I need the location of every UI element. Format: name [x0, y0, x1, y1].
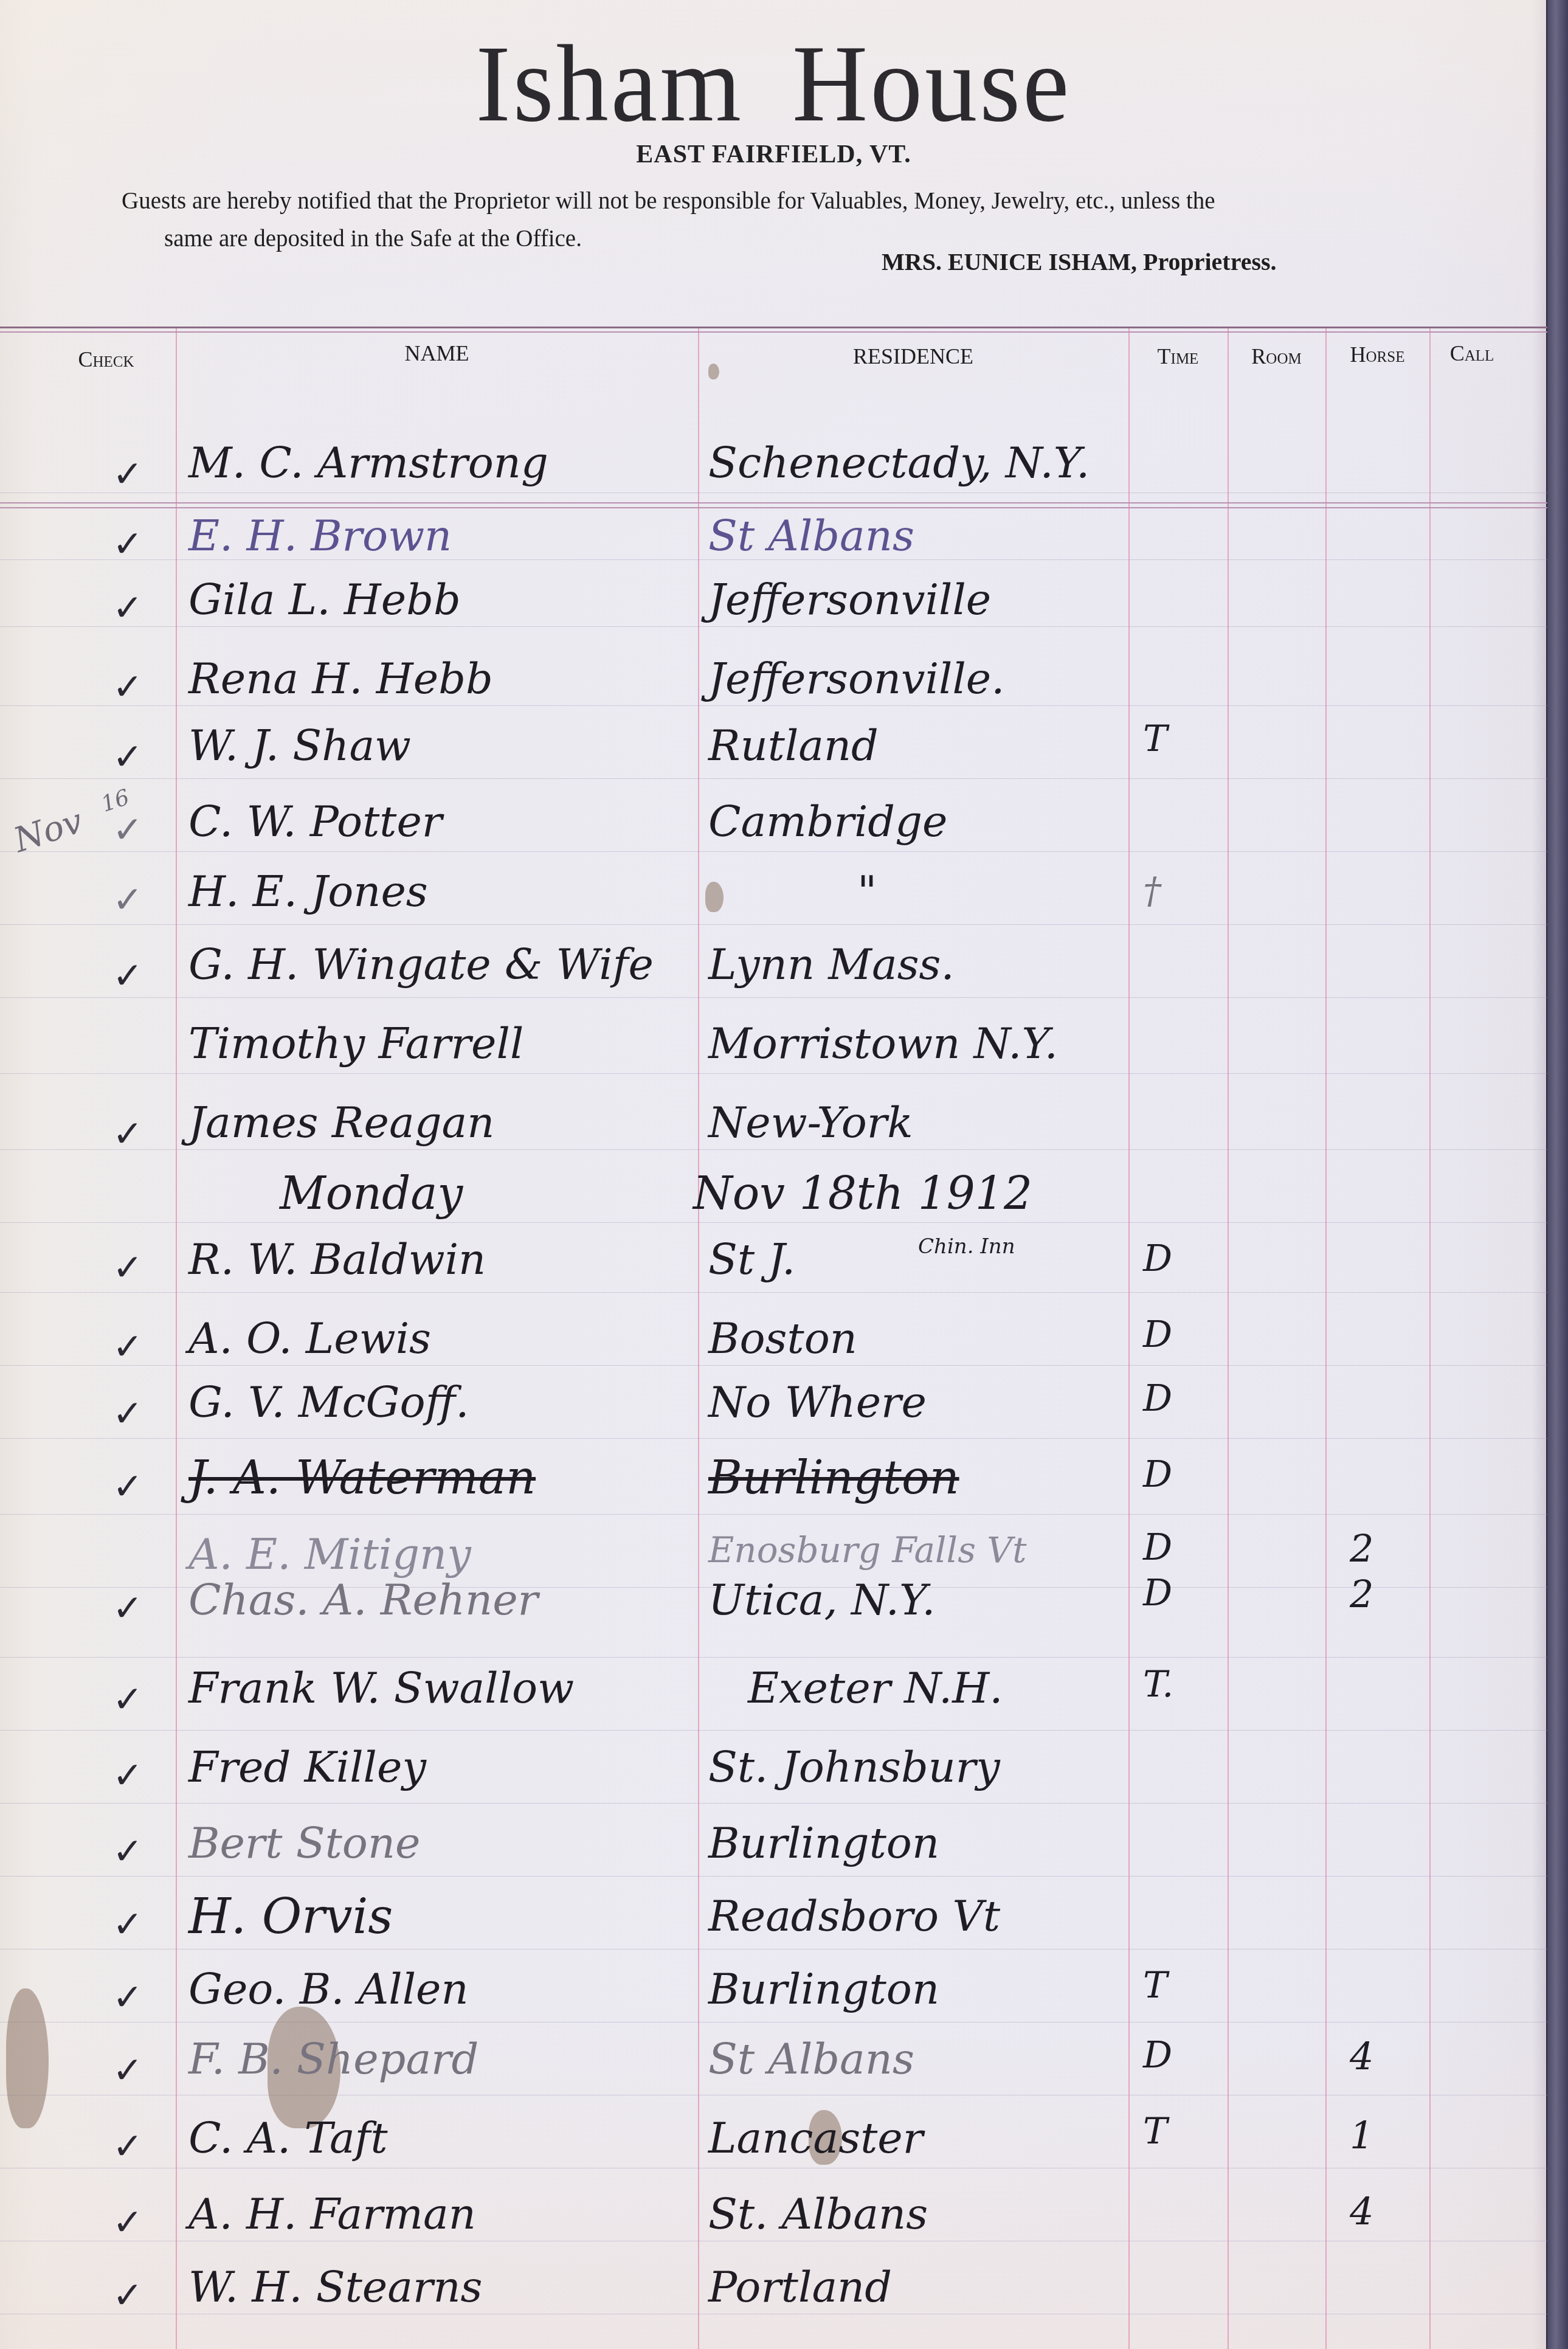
guest-horse: 2	[1350, 1572, 1373, 1616]
ruled-line	[0, 1876, 1547, 1877]
guest-residence: No Where	[708, 1377, 927, 1427]
guest-name: A. H. Farman	[188, 2189, 476, 2239]
check-mark: ✓	[112, 1678, 143, 1721]
check-mark: ✓	[112, 1830, 143, 1873]
check-mark: ✓	[112, 2049, 143, 2092]
hotel-title: IshamHouse	[0, 21, 1547, 147]
guest-name: Fred Killey	[188, 1742, 426, 1792]
guest-residence: New-York	[708, 1098, 913, 1147]
check-mark: ✓	[112, 1392, 143, 1435]
ruled-line	[0, 1803, 1547, 1804]
guest-name: G. H. Wingate & Wife	[188, 939, 654, 989]
guest-residence: Exeter N.H.	[748, 1663, 1003, 1713]
guest-residence: Burlington	[708, 1964, 939, 2014]
column-header-call: Call	[1429, 341, 1514, 374]
guest-horse: 4	[1350, 2034, 1373, 2078]
guest-residence: Boston	[708, 1313, 857, 1363]
check-mark: ✓	[112, 809, 143, 851]
ruled-line	[0, 997, 1547, 998]
check-mark: ✓	[112, 2274, 143, 2317]
ruled-line	[0, 2314, 1547, 2314]
ruled-line	[0, 1292, 1547, 1293]
check-mark: ✓	[112, 1903, 143, 1946]
ruled-line	[0, 493, 1547, 493]
guest-residence: St. Albans	[708, 2189, 928, 2239]
guest-residence: St J.	[708, 1234, 795, 1284]
header-bottom-rule	[0, 502, 1547, 503]
ruled-line	[0, 1222, 1547, 1223]
check-mark: ✓	[112, 1113, 143, 1155]
guest-name: A. E. Mitigny	[188, 1529, 471, 1579]
guest-horse: 4	[1350, 2189, 1373, 2233]
ink-stain	[708, 364, 719, 379]
column-header-horse: Horse	[1325, 342, 1429, 375]
guest-time: D	[1143, 1453, 1172, 1496]
check-mark: ✓	[112, 1247, 143, 1289]
guest-name: G. V. McGoff.	[188, 1377, 469, 1427]
guest-name: C. W. Potter	[188, 797, 442, 846]
guest-residence: Cambridge	[708, 797, 947, 846]
guest-residence: Lancaster	[708, 2113, 923, 2163]
ruled-line	[0, 778, 1547, 779]
column-header-room: Room	[1228, 344, 1325, 377]
guest-residence: Portland	[708, 2262, 892, 2312]
guest-time: D	[1143, 1237, 1172, 1280]
date-line-day: Monday	[280, 1168, 463, 1220]
guest-name: H. Orvis	[188, 1888, 393, 1945]
guest-residence: "	[857, 867, 877, 916]
guest-time: T	[1143, 1964, 1167, 2007]
ruled-line	[0, 2241, 1547, 2241]
check-mark: ✓	[112, 1465, 143, 1508]
check-mark: ✓	[112, 2125, 143, 2168]
guest-residence: St Albans	[708, 511, 914, 561]
ruled-line	[0, 2095, 1547, 2095]
guest-name: J. A. Waterman	[188, 1450, 536, 1504]
guest-name: A. O. Lewis	[188, 1313, 431, 1363]
guest-horse: 1	[1350, 2113, 1373, 2157]
column-header-residence: RESIDENCE	[698, 344, 1128, 377]
guest-name: H. E. Jones	[188, 867, 428, 916]
ruled-line	[0, 2168, 1547, 2168]
guest-name: Frank W. Swallow	[188, 1663, 574, 1713]
check-mark: ✓	[112, 955, 143, 997]
ruled-line	[0, 1149, 1547, 1150]
hotel-location: EAST FAIRFIELD, VT.	[0, 140, 1547, 169]
ruled-line	[0, 1073, 1547, 1074]
guest-residence: Enosburg Falls Vt	[708, 1529, 1027, 1571]
column-divider	[176, 327, 177, 2349]
ruled-line	[0, 924, 1547, 925]
guest-residence: Rutland	[708, 721, 879, 770]
guest-name: E. H. Brown	[188, 511, 452, 561]
guest-name: Timothy Farrell	[188, 1019, 523, 1068]
ruled-line	[0, 626, 1547, 627]
ruled-line	[0, 851, 1547, 852]
ruled-line	[0, 1365, 1547, 1366]
column-divider	[698, 327, 699, 2349]
ruled-line	[0, 1949, 1547, 1949]
check-mark: ✓	[112, 2201, 143, 2244]
guest-residence: Morristown N.Y.	[708, 1019, 1058, 1068]
guest-name: Rena H. Hebb	[188, 654, 493, 704]
guest-name: M. C. Armstrong	[188, 438, 548, 488]
guest-name: Chas. A. Rehner	[188, 1575, 538, 1625]
check-mark: ✓	[112, 736, 143, 778]
guest-residence: Jeffersonville	[708, 575, 991, 624]
guest-name: James Reagan	[188, 1098, 494, 1147]
guest-residence: Burlington	[708, 1818, 939, 1868]
title-word-1: Isham	[476, 23, 744, 145]
guest-time: †	[1143, 870, 1161, 912]
guest-horse: 2	[1350, 1526, 1373, 1571]
check-mark: ✓	[112, 1326, 143, 1368]
check-mark: ✓	[112, 666, 143, 708]
column-divider	[1228, 327, 1229, 2349]
guest-name: Geo. B. Allen	[188, 1964, 469, 2014]
notice-line-1: Guests are hereby notified that the Prop…	[122, 188, 1215, 214]
ruled-line	[0, 1438, 1547, 1439]
column-header-name: NAME	[176, 341, 698, 374]
check-mark: ✓	[112, 879, 143, 921]
guest-name: Bert Stone	[188, 1818, 420, 1868]
header-top-rule	[0, 327, 1547, 328]
ruled-line	[0, 1730, 1547, 1731]
check-mark: ✓	[112, 453, 143, 496]
guest-name: R. W. Baldwin	[188, 1234, 486, 1284]
ruled-line	[0, 2022, 1547, 2022]
guest-name: W. H. Stearns	[188, 2262, 482, 2312]
liability-notice: Guests are hereby notified that the Prop…	[122, 182, 1429, 258]
guest-time: D	[1143, 2034, 1172, 2077]
guest-name: C. A. Taft	[188, 2113, 388, 2163]
date-line-date: Nov 18th 1912	[693, 1168, 1032, 1220]
guest-time: D	[1143, 1313, 1172, 1356]
guest-time: D	[1143, 1377, 1172, 1420]
column-divider	[1429, 327, 1431, 2349]
residence-note: Chin. Inn	[918, 1234, 1015, 1259]
guest-time: D	[1143, 1572, 1172, 1614]
title-word-2: House	[792, 23, 1072, 145]
guest-residence: Utica, N.Y.	[708, 1575, 935, 1625]
ruled-line	[0, 705, 1547, 706]
guest-name: Gila L. Hebb	[188, 575, 461, 624]
proprietress-signature: MRS. EUNICE ISHAM, Proprietress.	[882, 247, 1277, 276]
check-mark: ✓	[112, 1587, 143, 1630]
register-page: IshamHouse EAST FAIRFIELD, VT. Guests ar…	[0, 0, 1547, 2349]
guest-time: T.	[1143, 1663, 1173, 1706]
ruled-line	[0, 1657, 1547, 1658]
column-divider	[1325, 327, 1327, 2349]
check-mark: ✓	[112, 523, 143, 566]
column-header-time: Time	[1128, 344, 1228, 377]
header-bottom-rule-thin	[0, 507, 1547, 508]
water-stain	[6, 1988, 49, 2128]
guest-residence: Jeffersonville.	[708, 654, 1005, 704]
header-top-rule-thin	[0, 331, 1547, 333]
ink-stain	[705, 882, 724, 912]
column-header-check: Check	[36, 347, 176, 380]
guest-residence: Lynn Mass.	[708, 939, 955, 989]
guest-name: W. J. Shaw	[188, 721, 411, 770]
check-mark: ✓	[112, 1976, 143, 2019]
guest-residence: Burlington	[708, 1450, 959, 1504]
guest-residence: St. Johnsbury	[708, 1742, 1000, 1792]
book-spine	[1547, 0, 1568, 2349]
guest-residence: Schenectady, N.Y.	[708, 438, 1090, 488]
ruled-line	[0, 1514, 1547, 1515]
column-divider	[1128, 327, 1130, 2349]
check-mark: ✓	[112, 587, 143, 629]
guest-time: D	[1143, 1526, 1172, 1569]
guest-residence: Readsboro Vt	[708, 1891, 1000, 1941]
guest-residence: St Albans	[708, 2034, 914, 2084]
check-mark: ✓	[112, 1754, 143, 1797]
guest-time: T	[1143, 718, 1167, 760]
guest-name: F. B. Shepard	[188, 2034, 478, 2084]
guest-time: T	[1143, 2110, 1167, 2153]
